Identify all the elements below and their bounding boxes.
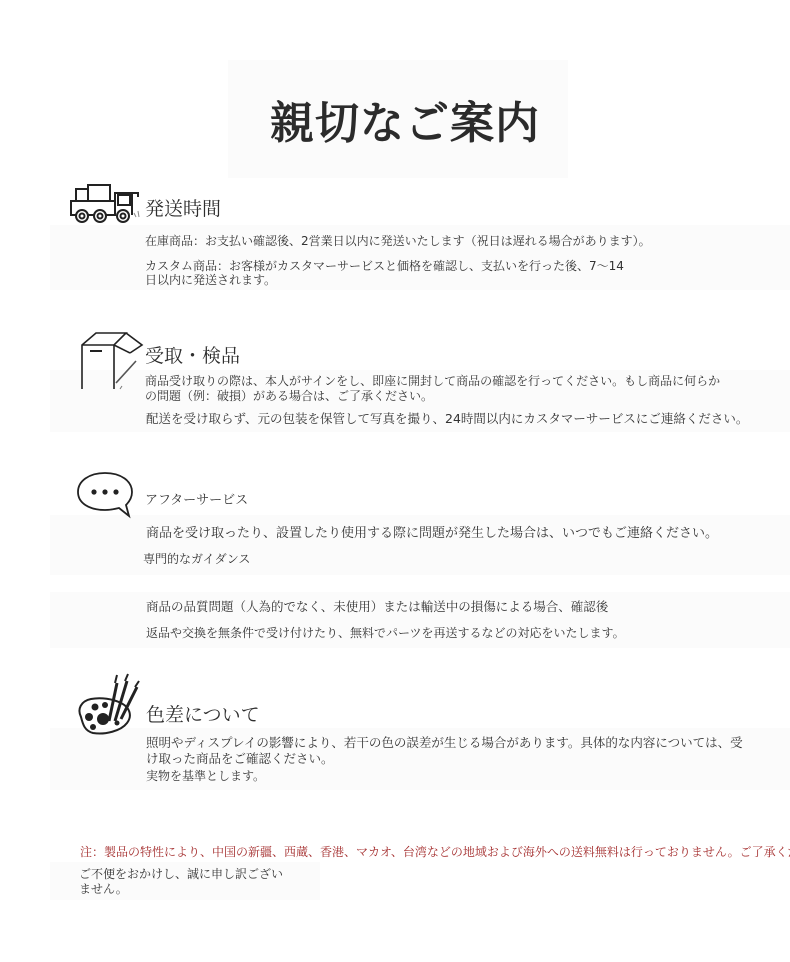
- color-line-1: 照明やディスプレイの影響により、若干の色の誤差が生じる場合があります。具体的な内…: [146, 735, 743, 750]
- receiving-line-1: 商品受け取りの際は、本人がサインをし、即座に開封して商品の確認を行ってください。…: [145, 374, 720, 389]
- apology-line-1: ご不便をおかけし、誠に申し訳ござい: [79, 867, 283, 882]
- color-line-3: 実物を基準とします。: [146, 769, 265, 784]
- after-service-line-2: 専門的なガイダンス: [143, 552, 250, 567]
- shipping-line-1: 在庫商品：お支払い確認後、2営業日以内に発送いたします（祝日は遅れる場合がありま…: [145, 234, 651, 249]
- section-heading-shipping: 発送時間: [145, 197, 221, 221]
- section-heading-after-service: アフターサービス: [145, 489, 248, 513]
- after-service-line-3: 商品の品質問題（人為的でなく、未使用）または輸送中の損傷による場合、確認後: [146, 599, 608, 614]
- after-service-line-4: 返品や交換を無条件で受け付けたり、無料でパーツを再送するなどの対応をいたします。: [146, 626, 625, 641]
- page-title: 親切なご案内: [0, 96, 790, 152]
- color-line-2: け取った商品をご確認ください。: [146, 751, 334, 766]
- after-service-line-1: 商品を受け取ったり、設置したり使用する際に問題が発生した場合は、いつでもご連絡く…: [146, 526, 718, 541]
- receiving-line-3: 配送を受け取らず、元の包装を保管して写真を撮り、24時間以内にカスタマーサービス…: [146, 411, 748, 426]
- section-heading-receiving: 受取・検品: [145, 344, 240, 368]
- paint-palette-icon: [75, 673, 145, 737]
- section-heading-color: 色差について: [146, 703, 260, 727]
- apology-line-2: ません。: [79, 882, 128, 897]
- truck-icon: [68, 183, 144, 225]
- box-icon: [76, 331, 144, 391]
- shipping-line-2: カスタム商品：お客様がカスタマーサービスと価格を確認し、支払いを行った後、7〜1…: [145, 259, 624, 274]
- shipping-restriction-note: 注：製品の特性により、中国の新疆、西蔵、香港、マカオ、台湾などの地域および海外へ…: [80, 845, 790, 860]
- shipping-line-3: 日以内に発送されます。: [145, 273, 276, 288]
- receiving-line-2: の問題（例：破損）がある場合は、ご了承ください。: [145, 389, 433, 404]
- chat-bubble-icon: [75, 470, 135, 520]
